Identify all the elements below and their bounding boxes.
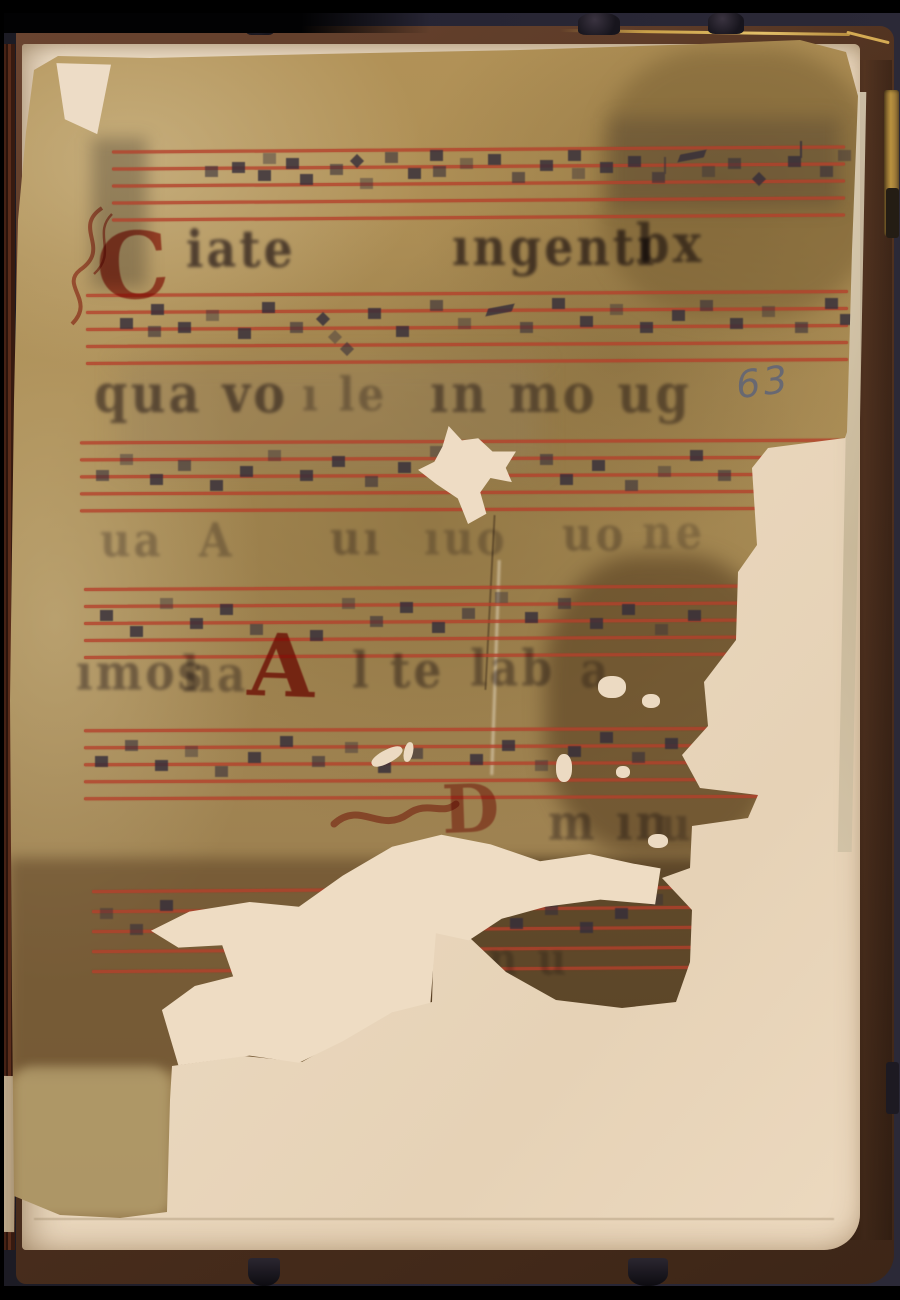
neume (690, 450, 703, 461)
neume (330, 164, 343, 175)
neume (268, 450, 281, 461)
chant-text-word: ha (182, 647, 249, 704)
chant-text-word: ıngentı (452, 217, 658, 277)
neume (400, 602, 413, 613)
neume (540, 454, 553, 465)
neume (462, 608, 475, 619)
neume (652, 172, 665, 183)
neume (838, 150, 851, 161)
neume (572, 168, 585, 179)
neume (558, 598, 571, 609)
chant-text-word: iate (186, 219, 296, 279)
neume (385, 152, 398, 163)
neume (568, 150, 581, 161)
neume (345, 742, 358, 753)
neume (590, 618, 603, 629)
neume (488, 154, 501, 165)
neume (396, 326, 409, 337)
frame-top (0, 0, 900, 13)
chant-text-word: lab (470, 641, 555, 698)
manuscript-photo: iateıngentıbxqua voı leın mo ugua Auııuo… (0, 0, 900, 1300)
neume (728, 158, 741, 169)
neume (535, 760, 548, 771)
page-number: 63 (734, 357, 793, 407)
neume (762, 306, 775, 317)
neume (205, 166, 218, 177)
neume (568, 746, 581, 757)
neume (520, 322, 533, 333)
neume (610, 304, 623, 315)
chant-text-word: uo (562, 507, 627, 562)
neume (258, 170, 271, 181)
chant-text-word: ua A (100, 513, 235, 568)
neume (525, 612, 538, 623)
neume (460, 158, 473, 169)
neume (458, 318, 471, 329)
neume (430, 300, 443, 311)
neume (632, 752, 645, 763)
rubric-initial: C (92, 210, 173, 323)
neume (100, 610, 113, 621)
neume (600, 162, 613, 173)
chant-text-word: ın mo ug (430, 363, 692, 426)
neume (178, 460, 191, 471)
neume (206, 310, 219, 321)
neume (332, 456, 345, 467)
neume (262, 302, 275, 313)
neume (795, 322, 808, 333)
neume (130, 626, 143, 637)
neume (360, 178, 373, 189)
clasp-lower-icon (886, 1062, 899, 1114)
neume (430, 150, 443, 161)
book-foot-icon (628, 1258, 668, 1286)
loss-chip (598, 676, 626, 698)
clasp-knob-icon (708, 12, 744, 34)
neume (788, 156, 801, 167)
neume (580, 922, 593, 933)
neume (210, 480, 223, 491)
backing-crease (34, 1218, 834, 1220)
neume (820, 166, 833, 177)
neume (155, 760, 168, 771)
neume (688, 610, 701, 621)
frame-left (0, 0, 4, 1300)
loss-chip (642, 694, 660, 708)
neume (95, 756, 108, 767)
neume (655, 624, 668, 635)
neume (125, 740, 138, 751)
neume (398, 462, 411, 473)
neume (560, 474, 573, 485)
neume (96, 470, 109, 481)
neume (160, 598, 173, 609)
neume (502, 740, 515, 751)
neume (290, 322, 303, 333)
loss-chip (648, 834, 668, 848)
frame-bottom (0, 1286, 900, 1300)
neume (408, 168, 421, 179)
neume (215, 766, 228, 777)
light-bottom-left-patch (14, 1066, 170, 1216)
neume (700, 300, 713, 311)
neume (232, 162, 245, 173)
chant-text-word: bx (636, 213, 704, 276)
neume (512, 172, 525, 183)
neume (185, 746, 198, 757)
neume (552, 298, 565, 309)
neume (433, 166, 446, 177)
neume (730, 318, 743, 329)
neume (220, 604, 233, 615)
neume (825, 298, 838, 309)
neume (628, 156, 641, 167)
neume (540, 160, 553, 171)
loss-chip (616, 766, 630, 778)
neume (190, 618, 203, 629)
loss-chip (556, 754, 572, 782)
neume (148, 326, 161, 337)
neume (622, 604, 635, 615)
neume (470, 754, 483, 765)
neume (495, 592, 508, 603)
neume (240, 466, 253, 477)
neume (160, 900, 173, 911)
chant-text-word: ıuo (424, 511, 508, 566)
neume (300, 174, 313, 185)
neume (592, 460, 605, 471)
neume (510, 918, 523, 929)
neume (342, 598, 355, 609)
neume (120, 454, 133, 465)
neume (368, 308, 381, 319)
neume (640, 322, 653, 333)
neume (365, 476, 378, 487)
neume (238, 328, 251, 339)
chant-text-word: l te (352, 643, 444, 700)
neume (370, 616, 383, 627)
neume (280, 736, 293, 747)
clasp-dark-knob-icon (886, 188, 899, 238)
neume (300, 470, 313, 481)
neume (702, 166, 715, 177)
neume (718, 470, 731, 481)
neume (312, 756, 325, 767)
neume (580, 316, 593, 327)
clasp-knob-icon (578, 13, 620, 35)
neume (600, 732, 613, 743)
frame-top-shadow (0, 13, 430, 33)
neume (178, 322, 191, 333)
book-foot-icon (248, 1258, 280, 1286)
chant-text-word: uı (330, 511, 383, 566)
neume (658, 466, 671, 477)
neume (100, 908, 113, 919)
neume (615, 908, 628, 919)
neume (625, 480, 638, 491)
neume (665, 738, 678, 749)
neume (150, 474, 163, 485)
neume (432, 622, 445, 633)
neume (130, 924, 143, 935)
neume (263, 153, 276, 164)
neume (286, 158, 299, 169)
chant-text-word: ı le (302, 367, 387, 422)
neume (672, 310, 685, 321)
rubric-initial: A (246, 615, 316, 718)
neume (248, 752, 261, 763)
chant-text-word: qua vo (94, 363, 288, 426)
chant-text-word: ne (642, 505, 705, 560)
